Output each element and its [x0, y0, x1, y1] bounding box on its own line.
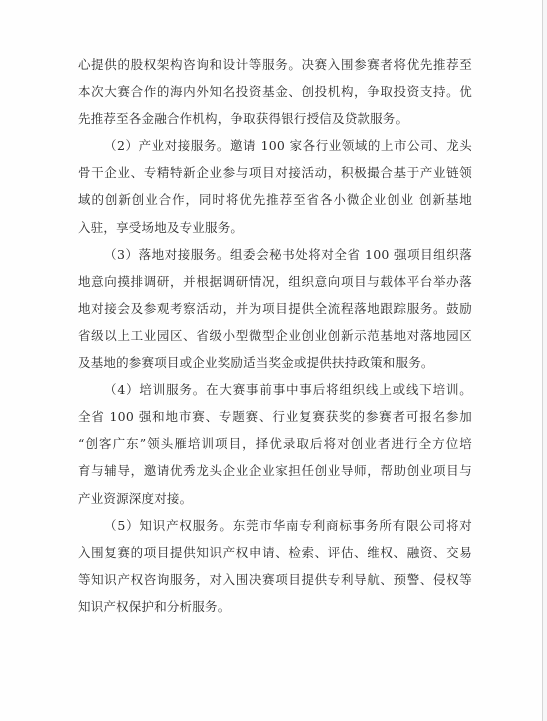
page-outside-strip: [543, 0, 547, 721]
text-line: 及基地的参赛项目或企业奖励适当奖金或提供扶持政策和服务。: [78, 349, 472, 376]
text-line: 域的创新创业合作，同时将优先推荐至省各小微企业创业 创新基地: [78, 186, 472, 213]
text-line: 入驻，享受场地及专业服务。: [78, 214, 472, 241]
text-line: （3）落地对接服务。组委会秘书处将对全省 100 强项目组织落: [78, 241, 472, 268]
text-line: （5）知识产权服务。东莞市华南专利商标事务所有限公司将对: [78, 512, 472, 539]
text-line: 骨干企业、专精特新企业参与项目对接活动，积极撮合基于产业链领: [78, 159, 472, 186]
text-line: 心提供的股权架构咨询和设计等服务。决赛入围参赛者将优先推荐至: [78, 51, 472, 78]
text-line: 省级以上工业园区、省级小型微型企业创业创新示范基地对落地园区: [78, 322, 472, 349]
document-page: 心提供的股权架构咨询和设计等服务。决赛入围参赛者将优先推荐至本次大赛合作的海内外…: [0, 0, 547, 721]
text-line: 地对接会及参观考察活动，并为项目提供全流程落地跟踪服务。鼓励: [78, 295, 472, 322]
text-line: 等知识产权咨询服务，对入围决赛项目提供专利导航、预警、侵权等: [78, 566, 472, 593]
text-line: 本次大赛合作的海内外知名投资基金、创投机构，争取投资支持。优: [78, 78, 472, 105]
text-line: 入围复赛的项目提供知识产权申请、检索、评估、维权、融资、交易: [78, 539, 472, 566]
text-line: （2）产业对接服务。邀请 100 家各行业领域的上市公司、龙头: [78, 132, 472, 159]
text-line: 全省 100 强和地市赛、专题赛、行业复赛获奖的参赛者可报名参加: [78, 403, 472, 430]
text-line: 产业资源深度对接。: [78, 485, 472, 512]
text-line: 育与辅导，邀请优秀龙头企业企业家担任创业导师，帮助创业项目与: [78, 457, 472, 484]
text-line: （4）培训服务。在大赛事前事中事后将组织线上或线下培训。: [78, 376, 472, 403]
text-line: “创客广东”领头雁培训项目，择优录取后将对创业者进行全方位培: [78, 430, 472, 457]
text-line: 地意向摸排调研，并根据调研情况，组织意向项目与载体平台举办落: [78, 268, 472, 295]
document-text-block: 心提供的股权架构咨询和设计等服务。决赛入围参赛者将优先推荐至本次大赛合作的海内外…: [78, 51, 472, 620]
text-line: 知识产权保护和分析服务。: [78, 593, 472, 620]
text-line: 先推荐至各金融合作机构，争取获得银行授信及贷款服务。: [78, 105, 472, 132]
